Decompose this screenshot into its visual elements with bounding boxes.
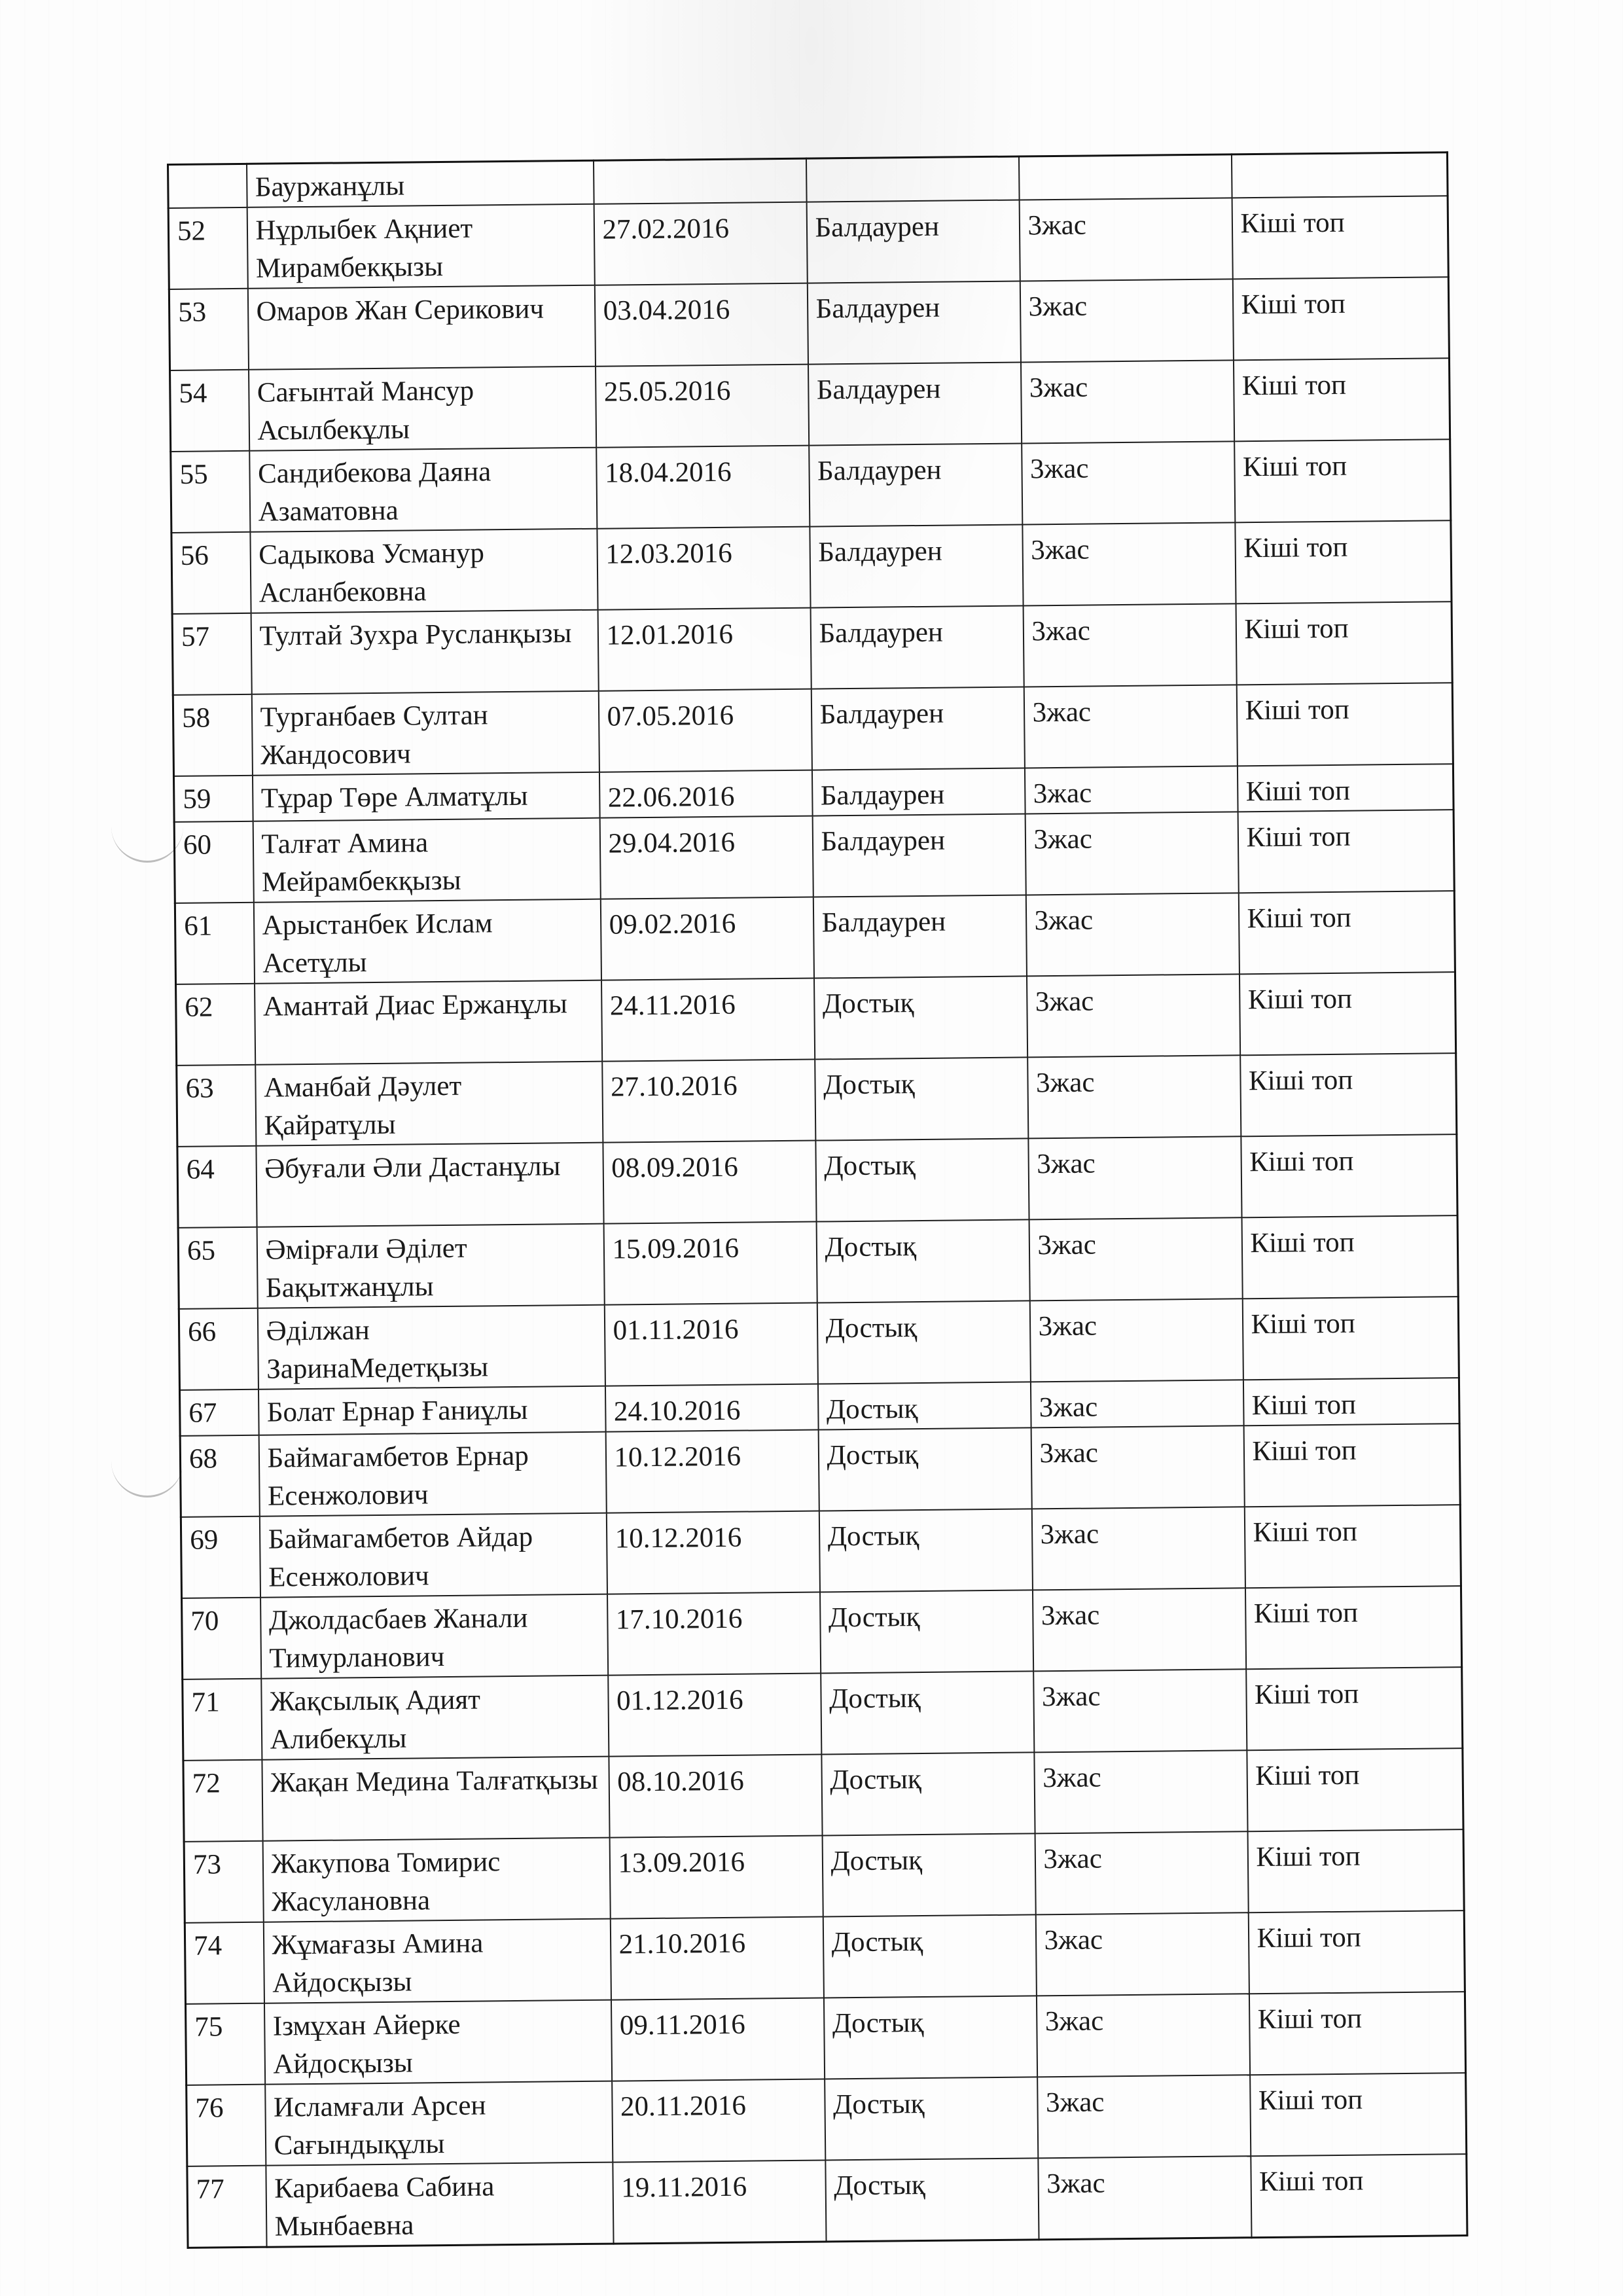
cell-num: 60 <box>174 821 253 903</box>
cell-group: Кіші топ <box>1249 1992 1465 2075</box>
cell-num: 65 <box>178 1227 257 1309</box>
cell-dob: 03.04.2016 <box>594 283 808 367</box>
cell-kindergarten: Балдаурен <box>809 443 1022 526</box>
table-row: 77Карибаева Сабина Мынбаевна19.11.2016До… <box>187 2154 1467 2248</box>
cell-name: Жақсылық Адият Алибекұлы <box>261 1676 609 1760</box>
cell-group: Кіші топ <box>1233 358 1450 441</box>
cell-kindergarten: Достық <box>819 1590 1033 1673</box>
cell-kindergarten: Достық <box>816 1219 1029 1302</box>
table-row: 58Турганбаев Султан Жандосович07.05.2016… <box>173 683 1453 776</box>
cell-group: Кіші топ <box>1235 520 1452 603</box>
cell-group: Кіші топ <box>1240 1053 1457 1136</box>
table-row: 57Тултай Зухра Русланқызы12.01.2016Балда… <box>172 601 1452 695</box>
cell-age: 3жас <box>1023 603 1236 687</box>
cell-num: 70 <box>182 1598 261 1679</box>
cell-age: 3жас <box>1031 1426 1244 1509</box>
table-row: 76Исламғали Арсен Сағындықұлы20.11.2016Д… <box>187 2073 1467 2166</box>
cell-group: Кіші топ <box>1241 1215 1458 1299</box>
cell-dob: 29.04.2016 <box>599 816 813 899</box>
cell-group: Кіші топ <box>1232 277 1449 360</box>
cell-kindergarten: Балдаурен <box>806 200 1020 283</box>
cell-dob: 21.10.2016 <box>610 1917 823 2000</box>
cell-name: Аманбай Дәулет Қайратұлы <box>255 1062 603 1146</box>
cell-dob: 20.11.2016 <box>612 2079 825 2162</box>
cell-num: 76 <box>187 2085 266 2166</box>
cell-kindergarten: Достық <box>819 1509 1032 1592</box>
cell-kindergarten: Достық <box>821 1752 1035 1835</box>
cell-kindergarten: Достық <box>823 1914 1036 1998</box>
cell-dob: 22.06.2016 <box>599 770 812 818</box>
table-row: 75Ізмұхан Айерке Айдосқызы09.11.2016Дост… <box>185 1992 1465 2085</box>
table-row: 53Омаров Жан Серикович03.04.2016Балдауре… <box>169 277 1449 370</box>
cell-age: 3жас <box>1028 1136 1241 1219</box>
cell-dob: 27.02.2016 <box>594 202 807 285</box>
cell-kindergarten: Достық <box>821 1671 1034 1754</box>
punch-hole-bottom <box>111 1456 183 1498</box>
cell-num: 71 <box>183 1679 262 1761</box>
cell-kindergarten: Достық <box>825 2158 1039 2242</box>
table-row: 52Нұрлыбек Ақниет Мирамбекқызы27.02.2016… <box>168 196 1448 289</box>
cell-dob: 09.02.2016 <box>600 897 813 980</box>
cell-num: 57 <box>172 613 251 695</box>
cell-num: 67 <box>179 1390 259 1436</box>
cell-dob: 10.12.2016 <box>605 1430 819 1513</box>
cell-kindergarten: Балдаурен <box>813 895 1026 978</box>
table-row: 62Амантай Диас Ержанұлы24.11.2016Достық3… <box>176 972 1456 1066</box>
cell-dob: 12.01.2016 <box>597 608 811 691</box>
cell-kindergarten: Балдаурен <box>810 605 1024 689</box>
table-row: 64Әбуғали Әли Дастанұлы08.09.2016Достық3… <box>177 1134 1457 1228</box>
cell-kindergarten: Достық <box>815 1138 1029 1221</box>
table-row: 65Әмірғали Әділет Бақытжанұлы15.09.2016Д… <box>178 1215 1458 1309</box>
cell-group: Кіші топ <box>1232 196 1448 279</box>
table-row: 69Баймагамбетов Айдар Есенжолович10.12.2… <box>181 1505 1461 1598</box>
cell-name: Болат Ернар Ғаниұлы <box>258 1386 605 1435</box>
cell-kindergarten: Достық <box>817 1382 1031 1429</box>
cell-group: Кіші топ <box>1238 810 1454 893</box>
cell-dob: 12.03.2016 <box>597 527 810 610</box>
cell-age: 3жас <box>1025 812 1238 895</box>
table-row: 56Садыкова Усманур Асланбековна12.03.201… <box>171 520 1452 614</box>
cell-num: 73 <box>184 1841 263 1923</box>
cell-name: Сағынтай Мансур Асылбекұлы <box>249 367 596 451</box>
table-row: 73Жакупова Томирис Жасулановна13.09.2016… <box>184 1829 1464 1923</box>
cell-group: Кіші топ <box>1241 1134 1457 1217</box>
cell-kindergarten: Достық <box>823 1996 1037 2079</box>
cell-num: 58 <box>173 694 252 776</box>
cell-name: Нұрлыбек Ақниет Мирамбекқызы <box>247 204 594 289</box>
cell-name: Талғат Амина Мейрамбекқызы <box>253 818 600 903</box>
table-row: 74Жұмағазы Амина Айдосқызы21.10.2016Дост… <box>185 1910 1465 2004</box>
cell-kindergarten: Балдаурен <box>811 687 1024 770</box>
cell-dob: 07.05.2016 <box>598 689 811 772</box>
cell-age: 3жас <box>1036 1994 1249 2077</box>
table-row: 66Әділжан ЗаринаМедетқызы01.11.2016Досты… <box>179 1297 1459 1390</box>
cell-group <box>1231 152 1448 198</box>
cell-num: 77 <box>187 2166 266 2248</box>
cell-dob: 01.11.2016 <box>604 1303 817 1386</box>
table-row: 55Сандибекова Даяна Азаматовна18.04.2016… <box>171 439 1451 533</box>
cell-group: Кіші топ <box>1247 1829 1464 1912</box>
cell-kindergarten: Балдаурен <box>811 768 1025 816</box>
cell-group: Кіші топ <box>1237 764 1454 812</box>
cell-dob: 08.10.2016 <box>609 1755 822 1838</box>
cell-num: 52 <box>168 207 247 289</box>
cell-kindergarten: Достық <box>818 1427 1031 1511</box>
cell-age: 3жас <box>1029 1217 1242 1300</box>
cell-age: 3жас <box>1024 685 1237 768</box>
cell-num: 54 <box>170 370 249 452</box>
cell-group: Кіші топ <box>1248 1910 1465 1994</box>
cell-age: 3жас <box>1020 279 1233 362</box>
cell-dob: 15.09.2016 <box>603 1222 817 1305</box>
cell-name: Амантай Диас Ержанұлы <box>255 980 602 1065</box>
cell-num: 72 <box>183 1760 262 1842</box>
cell-group: Кіші топ <box>1245 1586 1461 1669</box>
cell-dob: 13.09.2016 <box>609 1836 823 1919</box>
cell-name: Омаров Жан Серикович <box>247 285 595 370</box>
cell-name: Баймагамбетов Ернар Есенжолович <box>259 1432 606 1516</box>
cell-dob: 01.12.2016 <box>608 1674 821 1757</box>
cell-age <box>1018 154 1232 200</box>
cell-name: Тултай Зухра Русланқызы <box>251 610 598 694</box>
cell-num: 66 <box>179 1308 258 1390</box>
cell-age: 3жас <box>1029 1299 1243 1382</box>
cell-age: 3жас <box>1035 1912 1249 1996</box>
cell-dob: 19.11.2016 <box>613 2160 826 2244</box>
cell-group: Кіші топ <box>1239 972 1455 1055</box>
cell-age: 3жас <box>1026 974 1240 1057</box>
table-row: 70Джолдасбаев Жанали Тимурланович17.10.2… <box>182 1586 1462 1679</box>
punch-hole-top <box>111 821 183 863</box>
cell-name: Турганбаев Султан Жандосович <box>251 691 599 776</box>
cell-age: 3жас <box>1026 893 1239 976</box>
cell-kindergarten: Достық <box>822 1833 1035 1916</box>
cell-kindergarten: Балдаурен <box>807 281 1020 364</box>
cell-age: 3жас <box>1027 1055 1241 1138</box>
cell-num: 63 <box>177 1065 256 1147</box>
cell-dob <box>593 158 806 204</box>
cell-num: 59 <box>173 776 253 822</box>
cell-kindergarten: Балдаурен <box>812 814 1026 897</box>
cell-name: Жұмағазы Амина Айдосқызы <box>263 1919 611 2003</box>
cell-age: 3жас <box>1034 1750 1247 1833</box>
cell-group: Кіші топ <box>1242 1297 1459 1380</box>
table-row: 68Баймагамбетов Ернар Есенжолович10.12.2… <box>180 1424 1460 1517</box>
cell-age: 3жас <box>1022 522 1236 605</box>
cell-dob: 25.05.2016 <box>596 365 809 448</box>
cell-age: 3жас <box>1032 1588 1245 1671</box>
cell-num <box>168 164 247 208</box>
cell-dob: 17.10.2016 <box>607 1592 821 1676</box>
cell-name: Баймагамбетов Айдар Есенжолович <box>259 1513 607 1598</box>
cell-age: 3жас <box>1019 198 1232 281</box>
cell-group: Кіші топ <box>1247 1748 1463 1831</box>
cell-name: Садыкова Усманур Асланбековна <box>250 529 597 613</box>
cell-age: 3жас <box>1020 360 1234 443</box>
cell-kindergarten: Достық <box>817 1300 1030 1384</box>
cell-group: Кіші топ <box>1250 2073 1467 2156</box>
cell-age: 3жас <box>1030 1380 1243 1427</box>
cell-kindergarten: Достық <box>825 2077 1038 2160</box>
cell-age: 3жас <box>1035 1831 1248 1914</box>
cell-dob: 08.09.2016 <box>603 1141 816 1224</box>
cell-name: Ізмұхан Айерке Айдосқызы <box>264 2000 611 2085</box>
table-row: 54Сағынтай Мансур Асылбекұлы25.05.2016Ба… <box>170 358 1450 452</box>
cell-group: Кіші топ <box>1236 601 1452 685</box>
cell-age: 3жас <box>1031 1507 1245 1590</box>
table-row: 60Талғат Амина Мейрамбекқызы29.04.2016Ба… <box>174 810 1454 903</box>
cell-group: Кіші топ <box>1236 683 1453 766</box>
cell-group: Кіші топ <box>1251 2154 1467 2238</box>
cell-group: Кіші топ <box>1243 1378 1459 1426</box>
table-row: 61Арыстанбек Ислам Асетұлы09.02.2016Балд… <box>175 891 1455 984</box>
cell-age: 3жас <box>1038 2156 1251 2240</box>
cell-name: Сандибекова Даяна Азаматовна <box>249 448 597 532</box>
cell-dob: 27.10.2016 <box>602 1060 815 1143</box>
cell-group: Кіші топ <box>1238 891 1455 974</box>
cell-group: Кіші топ <box>1246 1667 1463 1750</box>
children-list-table: Бауржанұлы 52Нұрлыбек Ақниет Мирамбекқыз… <box>167 151 1468 2249</box>
cell-dob: 10.12.2016 <box>606 1511 819 1594</box>
cell-name: Жакупова Томирис Жасулановна <box>262 1838 610 1922</box>
table-row: 72Жақан Медина Талғатқызы08.10.2016Досты… <box>183 1748 1463 1842</box>
cell-dob: 24.11.2016 <box>601 978 815 1062</box>
cell-name: Бауржанұлы <box>247 160 594 207</box>
cell-group: Кіші топ <box>1244 1505 1461 1588</box>
table-row: 71Жақсылық Адият Алибекұлы01.12.2016Дост… <box>183 1667 1463 1761</box>
cell-kindergarten: Достық <box>813 976 1027 1059</box>
cell-dob: 24.10.2016 <box>605 1384 818 1432</box>
cell-name: Жақан Медина Талғатқызы <box>262 1757 609 1841</box>
cell-name: Джолдасбаев Жанали Тимурланович <box>260 1594 608 1679</box>
cell-name: Әмірғали Әділет Бақытжанұлы <box>257 1224 604 1308</box>
cell-num: 53 <box>169 289 248 370</box>
cell-age: 3жас <box>1022 441 1235 524</box>
cell-kindergarten: Балдаурен <box>808 362 1021 445</box>
cell-group: Кіші топ <box>1243 1424 1460 1507</box>
cell-kindergarten: Балдаурен <box>810 524 1023 607</box>
cell-num: 61 <box>175 903 254 984</box>
cell-num: 55 <box>171 451 250 533</box>
cell-age: 3жас <box>1037 2075 1251 2158</box>
cell-group: Кіші топ <box>1234 439 1451 522</box>
cell-name: Тұрар Төре Алматұлы <box>252 772 599 821</box>
children-list-table-container: Бауржанұлы 52Нұрлыбек Ақниет Мирамбекқыз… <box>167 151 1466 2249</box>
cell-num: 64 <box>177 1146 257 1228</box>
cell-dob: 09.11.2016 <box>611 1998 824 2081</box>
cell-num: 56 <box>171 532 251 614</box>
cell-dob: 18.04.2016 <box>596 446 810 529</box>
cell-kindergarten: Достық <box>815 1057 1028 1140</box>
cell-num: 68 <box>180 1435 259 1517</box>
cell-num: 75 <box>185 2003 264 2085</box>
cell-name: Арыстанбек Ислам Асетұлы <box>253 899 601 984</box>
cell-num: 69 <box>181 1516 260 1598</box>
cell-age: 3жас <box>1033 1669 1247 1752</box>
cell-name: Әбуғали Әли Дастанұлы <box>256 1143 603 1227</box>
cell-age: 3жас <box>1024 766 1238 814</box>
cell-name: Карибаева Сабина Мынбаевна <box>266 2162 613 2248</box>
cell-num: 74 <box>185 1922 264 2004</box>
table-row: 63Аманбай Дәулет Қайратұлы27.10.2016Дост… <box>177 1053 1457 1147</box>
cell-num: 62 <box>176 984 255 1066</box>
cell-kindergarten <box>806 156 1019 202</box>
cell-name: Әділжан ЗаринаМедетқызы <box>257 1305 605 1390</box>
cell-name: Исламғали Арсен Сағындықұлы <box>265 2081 613 2166</box>
